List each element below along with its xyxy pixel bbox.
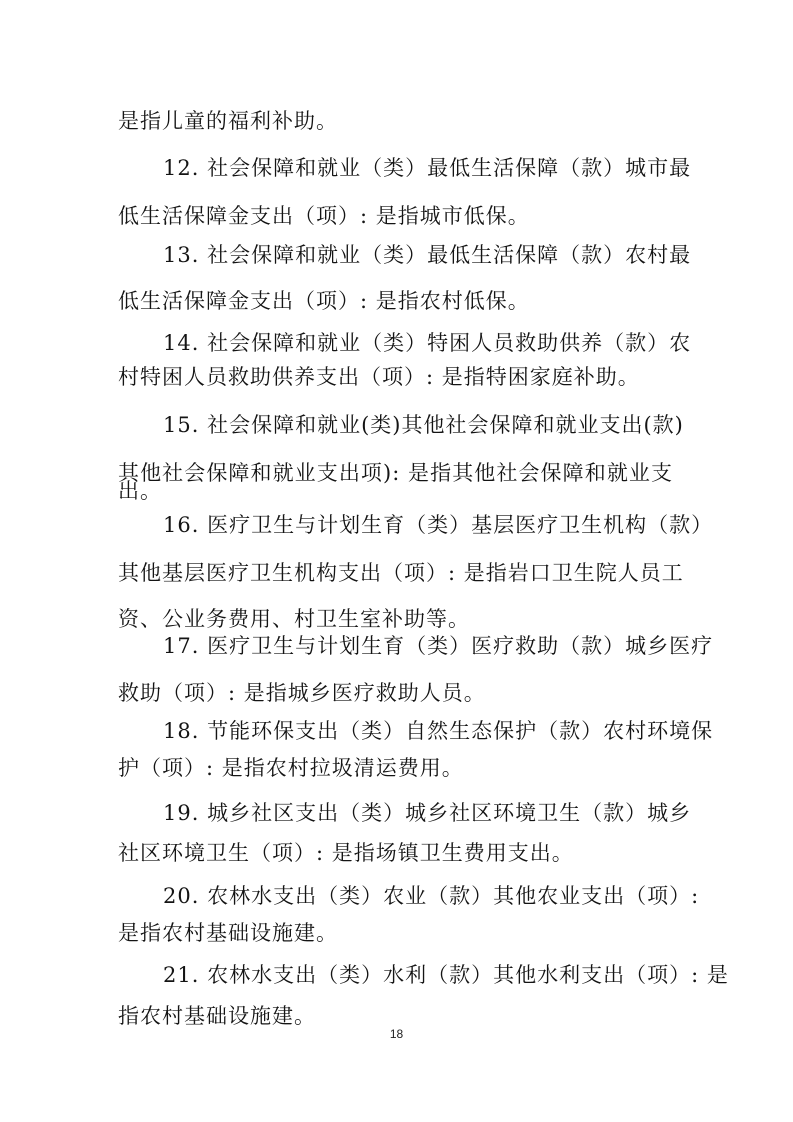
text-line: 资、公业务费用、村卫生室补助等。: [118, 606, 470, 632]
text-line: 村特困人员救助供养支出（项）: 是指特困家庭补助。: [118, 364, 640, 390]
text-line: 20. 农林水支出（类）农业（款）其他农业支出（项）:: [163, 883, 673, 909]
text-line: 15. 社会保障和就业(类)其他社会保障和就业支出(款): [163, 412, 673, 438]
text-line: 指农村基础设施建。: [118, 1003, 316, 1029]
text-line: 19. 城乡社区支出（类）城乡社区环境卫生（款）城乡: [163, 800, 673, 826]
text-line: 低生活保障金支出（项）: 是指农村低保。: [118, 288, 530, 314]
text-line: 是指儿童的福利补助。: [118, 108, 338, 134]
text-line: 救助（项）: 是指城乡医疗救助人员。: [118, 680, 486, 706]
text-line: 16. 医疗卫生与计划生育（类）基层医疗卫生机构（款）: [163, 512, 673, 538]
text-line: 18. 节能环保支出（类）自然生态保护（款）农村环境保: [163, 718, 673, 744]
text-line: 14. 社会保障和就业（类）特困人员救助供养（款）农: [163, 330, 673, 356]
text-line: 12. 社会保障和就业（类）最低生活保障（款）城市最: [163, 155, 673, 181]
page-number: 18: [0, 1027, 793, 1041]
text-line: 17. 医疗卫生与计划生育（类）医疗救助（款）城乡医疗: [163, 633, 673, 659]
text-line: 其他基层医疗卫生机构支出（项）: 是指岩口卫生院人员工: [118, 560, 673, 586]
text-line: 是指农村基础设施建。: [118, 920, 338, 946]
text-line: 低生活保障金支出（项）: 是指城市低保。: [118, 203, 530, 229]
text-line: 13. 社会保障和就业（类）最低生活保障（款）农村最: [163, 242, 673, 268]
text-line: 护（项）: 是指农村拉圾清运费用。: [118, 755, 464, 781]
text-line: 社区环境卫生（项）: 是指场镇卫生费用支出。: [118, 840, 574, 866]
text-line: 21. 农林水支出（类）水利（款）其他水利支出（项）: 是: [163, 962, 673, 988]
text-line: 其他社会保障和就业支出项): 是指其他社会保障和就业支: [118, 460, 673, 486]
document-page: 是指儿童的福利补助。12. 社会保障和就业（类）最低生活保障（款）城市最低生活保…: [0, 0, 793, 1122]
text-line: 出。: [118, 478, 162, 504]
